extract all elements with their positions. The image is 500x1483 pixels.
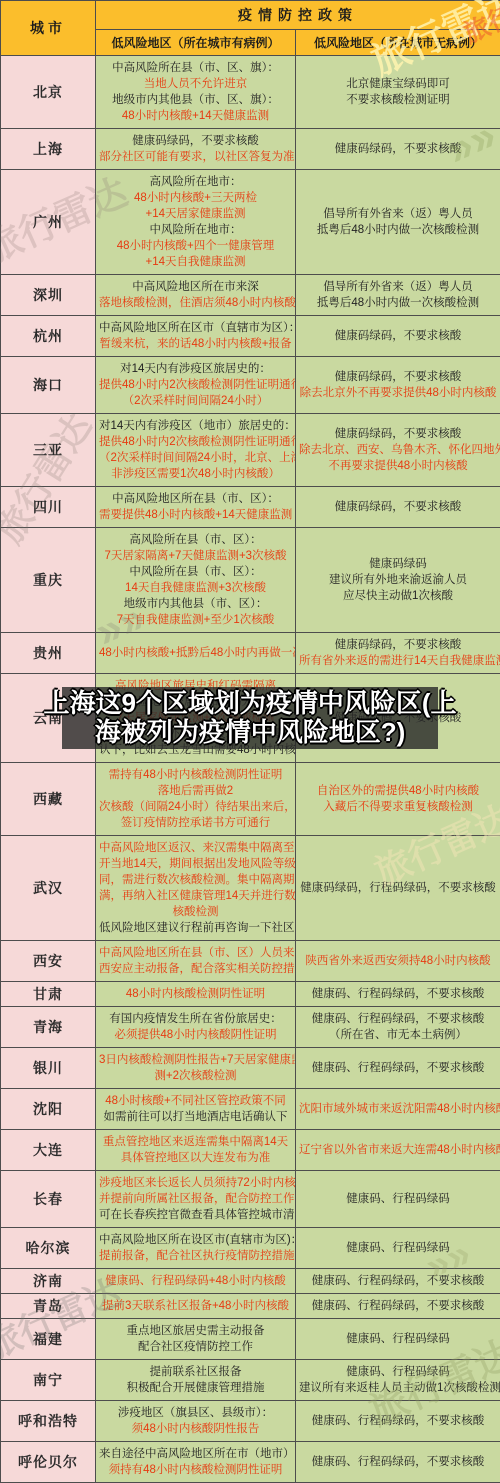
policy-line: 高风险所在县（市、区）： <box>99 532 292 548</box>
policy-line: 除去北京外不再要求提供48小时内核酸 <box>299 385 497 401</box>
policy-line: 提前联系社区报备 <box>99 1364 292 1380</box>
policy-with-cases-cell: 中高风险地区所在县（市、区）人员来返西安应主动报备，配合落实相关防控措施 <box>96 941 296 982</box>
policy-line: 落地后需再做2 <box>99 783 292 799</box>
city-name: 广州 <box>1 170 96 275</box>
policy-line: 中风险所在县（市、区）： <box>99 564 292 580</box>
policy-line: 配合社区疫情防控工作 <box>99 1339 292 1355</box>
policy-line: 48小时内核酸检测阴性证明 <box>99 986 292 1002</box>
caption-line-2: 海被列为疫情中风险地区?) <box>95 718 406 747</box>
policy-no-cases-cell: 健康码、行程码绿码，不要求核酸（所在省、市无本土病例） <box>296 1007 500 1048</box>
policy-with-cases-cell: 提前联系社区报备积极配合开展健康管理措施 <box>96 1360 296 1401</box>
policy-line: 健康码、行程码绿码，不要求核酸 <box>299 1273 497 1289</box>
header-sub-with-cases: 低风险地区（所在城市有病例） <box>96 30 296 56</box>
policy-line: 中高风险地区所在市来深 <box>99 279 292 295</box>
policy-line: 中高风险所在县（市、区、旗）： <box>99 60 292 76</box>
policy-with-cases-cell: 中高风险地区所在设区市(直辖市为区)：提前报备，配合社区执行疫情防控措施 <box>96 1228 296 1269</box>
policy-no-cases-cell: 健康码绿码，不要求核酸 <box>296 487 500 528</box>
policy-line: 来自途径中高风险地区所在市（地市） <box>99 1446 292 1462</box>
policy-line: 须48小时内核酸阴性报告 <box>99 1421 292 1437</box>
city-name: 大连 <box>1 1130 96 1171</box>
policy-line: 提前报备，配合社区执行疫情防控措施 <box>99 1248 292 1264</box>
city-name: 青海 <box>1 1007 96 1048</box>
header-sub-no-cases: 低风险地区（所在城市无病例） <box>296 30 500 56</box>
policy-line: 48小时核酸+不同社区管控政策不同 <box>99 1093 292 1109</box>
table-row: 呼和浩特涉疫地区（旗县区、县级市）：须48小时内核酸阴性报告健康码、行程码绿码，… <box>1 1401 500 1442</box>
policy-with-cases-cell: 有国内疫情发生所在省份旅居史：必须提供48小时内核酸阴性证明 <box>96 1007 296 1048</box>
policy-no-cases-cell: 健康码、行程码绿码建议所有来返桂人员主动做1次核酸检测 <box>296 1360 500 1401</box>
policy-no-cases-cell: 健康码、行程码绿码，不要求核酸 <box>296 1294 500 1319</box>
policy-line: 48小时内核酸+三天两检 <box>99 190 292 206</box>
city-name: 四川 <box>1 487 96 528</box>
table-row: 南宁提前联系社区报备积极配合开展健康管理措施健康码、行程码绿码建议所有来返桂人员… <box>1 1360 500 1401</box>
policy-no-cases-cell: 健康码、行程码绿码，不要求核酸 <box>296 982 500 1007</box>
policy-with-cases-cell: 对14天内有涉疫区旅居史的：提供48小时内2次核酸检测阴性证明通行（2次采样时间… <box>96 357 296 414</box>
policy-line: 对14天内有涉疫区（地市）旅居史的： <box>99 418 292 434</box>
policy-line: 健康码、行程码绿码，不要求核酸 <box>299 986 497 1002</box>
policy-with-cases-cell: 来自途径中高风险地区所在市（地市）须持有48小时内核酸检测阴性证明 <box>96 1442 296 1483</box>
table-row: 哈尔滨中高风险地区所在设区市(直辖市为区)：提前报备，配合社区执行疫情防控措施健… <box>1 1228 500 1269</box>
policy-line: 地级市内其他县（市、区、旗）： <box>99 92 292 108</box>
policy-line: （所在省、市无本土病例） <box>299 1027 497 1043</box>
table-row: 四川中高风险地区所在县（市、区）：需要提供48小时内核酸+14天健康监测健康码绿… <box>1 487 500 528</box>
city-name: 深圳 <box>1 275 96 316</box>
policy-line: 低风险地区建议行程前再咨询一下社区 <box>99 920 292 936</box>
table-row: 杭州中高风险地区所在区市（直辖市为区）：暂缓来杭，来的话48小时内核酸+报备健康… <box>1 316 500 357</box>
policy-no-cases-cell: 健康码、行程码绿码 <box>296 1171 500 1228</box>
policy-line: 具体管控地区以大连发布为准 <box>99 1150 292 1166</box>
table-row: 呼伦贝尔来自途径中高风险地区所在市（地市）须持有48小时内核酸检测阴性证明健康码… <box>1 1442 500 1483</box>
policy-line: （2次采样时间间隔24小时） <box>99 393 292 409</box>
city-name: 呼和浩特 <box>1 1401 96 1442</box>
policy-line: 核酸检测 <box>99 904 292 920</box>
policy-line: 地级市内其他县（市、区）： <box>99 596 292 612</box>
header-city: 城市 <box>1 1 96 56</box>
policy-line: 健康码绿码，不要求核酸 <box>299 499 497 515</box>
policy-line: 次核酸（间隔24小时）待结果出来后， <box>99 799 292 815</box>
policy-with-cases-cell: 48小时核酸+不同社区管控政策不同如需前往可以打当地酒店电话确认下 <box>96 1089 296 1130</box>
policy-with-cases-cell: 中高风险地区所在县（市、区）：需要提供48小时内核酸+14天健康监测 <box>96 487 296 528</box>
table-row: 贵州48小时内核酸+抵黔后48小时内再做一次健康码绿码，不要求核酸所有省外来返的… <box>1 633 500 674</box>
policy-line: 北京健康宝绿码即可 <box>299 76 497 92</box>
policy-line: 抵粤后48小时内做一次核酸检测 <box>299 222 497 238</box>
table-row: 三亚对14天内有涉疫区（地市）旅居史的：提供48小时内2次核酸检测阴性证明通行（… <box>1 414 500 487</box>
policy-line: 14天自我健康监测+3次核酸 <box>99 580 292 596</box>
policy-line: 7天居家隔离+7天健康监测+3次核酸 <box>99 548 292 564</box>
policy-no-cases-cell: 健康码绿码，不要求核酸 <box>296 129 500 170</box>
policy-line: 需持有48小时内核酸检测阴性证明 <box>99 767 292 783</box>
policy-line: （2次采样时间间隔24小时，北京、上海 <box>99 450 292 466</box>
policy-with-cases-cell: 中高风险所在县（市、区、旗）：当地人员不允许进京地级市内其他县（市、区、旗）：4… <box>96 56 296 129</box>
policy-no-cases-cell: 健康码绿码，不要求核酸所有省外来返的需进行14天自我健康监测 <box>296 633 500 674</box>
city-name: 哈尔滨 <box>1 1228 96 1269</box>
policy-line: 健康码、行程码绿码 <box>299 1191 497 1207</box>
policy-line: 健康码绿码，不要求核酸 <box>99 133 292 149</box>
city-name: 贵州 <box>1 633 96 674</box>
policy-no-cases-cell: 健康码绿码，不要求核酸 <box>296 316 500 357</box>
policy-line: 健康码绿码，不要求核酸 <box>299 328 497 344</box>
city-name: 沈阳 <box>1 1089 96 1130</box>
city-name: 长春 <box>1 1171 96 1228</box>
table-row: 广州高风险所在地市：48小时内核酸+三天两检+14天居家健康监测中风险所在地市：… <box>1 170 500 275</box>
policy-line: 同，需进行数次核酸检测。集中隔离期 <box>99 872 292 888</box>
policy-with-cases-cell: 涉疫地区来长返长人员须持72小时内核酸并提前向所属社区报备，配合防控工作可在长春… <box>96 1171 296 1228</box>
table-row: 西藏需持有48小时内核酸检测阴性证明落地后需再做2次核酸（间隔24小时）待结果出… <box>1 763 500 836</box>
table-header: 城市 疫情防控政策 低风险地区（所在城市有病例） 低风险地区（所在城市无病例） <box>1 1 500 56</box>
policy-line: 健康码绿码 <box>299 556 497 572</box>
city-name: 呼伦贝尔 <box>1 1442 96 1483</box>
policy-line: 积极配合开展健康管理措施 <box>99 1380 292 1396</box>
policy-line: 须持有48小时内核酸检测阴性证明 <box>99 1462 292 1478</box>
table-row: 青岛提前3天联系社区报备+48小时内核酸健康码、行程码绿码，不要求核酸 <box>1 1294 500 1319</box>
policy-with-cases-cell: 健康码绿码，不要求核酸部分社区可能有要求，以社区答复为准 <box>96 129 296 170</box>
policy-line: 入藏后不得要求重复核酸检测 <box>299 799 497 815</box>
policy-with-cases-cell: 3日内核酸检测阴性报告+7天居家健康监测+2次核酸检测 <box>96 1048 296 1089</box>
header-policy-title: 疫情防控政策 <box>96 1 500 30</box>
policy-line: 7天自我健康监测+至少1次核酸 <box>99 612 292 628</box>
policy-line: 中风险所在地市： <box>99 222 292 238</box>
policy-line: 除去北京、西安、乌鲁木齐、怀化四地外 <box>299 442 497 458</box>
policy-line: 当地人员不允许进京 <box>99 76 292 92</box>
policy-table-body: 北京中高风险所在县（市、区、旗）：当地人员不允许进京地级市内其他县（市、区、旗）… <box>1 56 500 1483</box>
caption-overlay: 上海这9个区域划为疫情中风险区(上 海被列为疫情中风险地区?) <box>62 687 438 749</box>
policy-no-cases-cell: 健康码绿码，不要求核酸除去北京外不再要求提供48小时内核酸 <box>296 357 500 414</box>
policy-line: 满，再纳入社区健康管理14天并进行数次 <box>99 888 292 904</box>
policy-line: 48小时内核酸+四个一健康管理 <box>99 238 292 254</box>
policy-line: 必须提供48小时内核酸阴性证明 <box>99 1027 292 1043</box>
policy-line: 应尽快主动做1次核酸 <box>299 588 497 604</box>
policy-with-cases-cell: 重点管控地区来返连需集中隔离14天具体管控地区以大连发布为准 <box>96 1130 296 1171</box>
policy-line: 健康码、行程码绿码 <box>299 1240 497 1256</box>
policy-line: 重点管控地区来返连需集中隔离14天 <box>99 1134 292 1150</box>
policy-line: 暂缓来杭，来的话48小时内核酸+报备 <box>99 336 292 352</box>
policy-line: 开当地14天，期间根据出发地风险等级不 <box>99 856 292 872</box>
policy-line: 重点地区旅居史需主动报备 <box>99 1323 292 1339</box>
policy-line: 健康码绿码，不要求核酸 <box>299 426 497 442</box>
policy-line: 提供48小时内2次核酸检测阴性证明通行 <box>99 434 292 450</box>
policy-line: 健康码、行程码绿码 <box>299 1364 497 1380</box>
policy-line: 健康码绿码，行程码绿码，不要求核酸 <box>299 880 497 896</box>
policy-line: 需要提供48小时内核酸+14天健康监测 <box>99 507 292 523</box>
policy-line: 健康码、行程码绿码，不要求核酸 <box>299 1413 497 1429</box>
policy-line: 如需前往可以打当地酒店电话确认下 <box>99 1109 292 1125</box>
policy-line: 辽宁省以外省市来返大连需48小时内核酸 <box>299 1142 497 1158</box>
policy-no-cases-cell: 沈阳市域外城市来返沈阳需48小时内核酸 <box>296 1089 500 1130</box>
city-name: 甘肃 <box>1 982 96 1007</box>
policy-with-cases-cell: 提前3天联系社区报备+48小时内核酸 <box>96 1294 296 1319</box>
policy-line: 签订疫情防控承诺书方可通行 <box>99 815 292 831</box>
policy-line: 中高风险地区所在区市（直辖市为区）： <box>99 320 292 336</box>
policy-no-cases-cell: 健康码、行程码绿码 <box>296 1228 500 1269</box>
policy-line: 健康码绿码，不要求核酸 <box>299 141 497 157</box>
city-name: 南宁 <box>1 1360 96 1401</box>
city-name: 海口 <box>1 357 96 414</box>
policy-line: 不要求核酸检测证明 <box>299 92 497 108</box>
policy-no-cases-cell: 倡导所有外省来（返）粤人员抵粤后48小时内做一次核酸检测 <box>296 275 500 316</box>
policy-line: 提供48小时内2次核酸检测阴性证明通行 <box>99 377 292 393</box>
policy-line: 涉疫地区来长返长人员须持72小时内核酸 <box>99 1175 292 1191</box>
table-row: 长春涉疫地区来长返长人员须持72小时内核酸并提前向所属社区报备，配合防控工作可在… <box>1 1171 500 1228</box>
table-row: 济南健康码、行程码绿码+48小时内核酸健康码、行程码绿码，不要求核酸 <box>1 1269 500 1294</box>
policy-line: 倡导所有外省来（返）粤人员 <box>299 206 497 222</box>
policy-line: 健康码、行程码绿码 <box>299 1331 497 1347</box>
policy-with-cases-cell: 对14天内有涉疫区（地市）旅居史的：提供48小时内2次核酸检测阴性证明通行（2次… <box>96 414 296 487</box>
policy-with-cases-cell: 48小时内核酸+抵黔后48小时内再做一次 <box>96 633 296 674</box>
table-row: 青海有国内疫情发生所在省份旅居史：必须提供48小时内核酸阴性证明健康码、行程码绿… <box>1 1007 500 1048</box>
policy-line: 中高风险地区所在县（市、区）： <box>99 491 292 507</box>
policy-with-cases-cell: 48小时内核酸检测阴性证明 <box>96 982 296 1007</box>
policy-line: 中高风险地区返汉、来汉需集中隔离至离 <box>99 840 292 856</box>
policy-no-cases-cell: 健康码绿码建议所有外地来渝返渝人员应尽快主动做1次核酸 <box>296 528 500 633</box>
policy-line: 48小时内核酸+抵黔后48小时内再做一次 <box>99 645 292 661</box>
city-name: 杭州 <box>1 316 96 357</box>
policy-no-cases-cell: 健康码绿码，行程码绿码，不要求核酸 <box>296 836 500 941</box>
policy-line: 建议所有外地来渝返渝人员 <box>299 572 497 588</box>
table-row: 西安中高风险地区所在县（市、区）人员来返西安应主动报备，配合落实相关防控措施陕西… <box>1 941 500 982</box>
policy-no-cases-cell: 健康码绿码，不要求核酸除去北京、西安、乌鲁木齐、怀化四地外不再要求提供48小时内… <box>296 414 500 487</box>
policy-line: 建议所有来返桂人员主动做1次核酸检测 <box>299 1380 497 1396</box>
policy-no-cases-cell: 健康码、行程码绿码，不要求核酸 <box>296 1401 500 1442</box>
city-name: 北京 <box>1 56 96 129</box>
table-row: 银川3日内核酸检测阴性报告+7天居家健康监测+2次核酸检测健康码、行程码绿码，不… <box>1 1048 500 1089</box>
policy-line: 中高风险地区所在设区市(直辖市为区)： <box>99 1232 292 1248</box>
policy-line: 不再要求提供48小时内核酸 <box>299 458 497 474</box>
policy-no-cases-cell: 健康码、行程码绿码，不要求核酸 <box>296 1442 500 1483</box>
policy-no-cases-cell: 陕西省外来返西安须持48小时内核酸 <box>296 941 500 982</box>
policy-line: 48小时内核酸+14天健康监测 <box>99 108 292 124</box>
policy-line: 并提前向所属社区报备，配合防控工作 <box>99 1191 292 1207</box>
policy-infographic: 城市 疫情防控政策 低风险地区（所在城市有病例） 低风险地区（所在城市无病例） … <box>0 0 500 1483</box>
policy-line: +14天居家健康监测 <box>99 206 292 222</box>
policy-no-cases-cell: 自治区外的需提供48小时内核酸入藏后不得要求重复核酸检测 <box>296 763 500 836</box>
policy-line: 高风险所在地市： <box>99 174 292 190</box>
policy-line: 倡导所有外省来（返）粤人员 <box>299 279 497 295</box>
policy-line: 对14天内有涉疫区旅居史的： <box>99 361 292 377</box>
policy-line: 涉疫地区（旗县区、县级市）： <box>99 1405 292 1421</box>
policy-line: 抵粤后48小时内做一次核酸检测 <box>299 295 497 311</box>
policy-line: 健康码、行程码绿码，不要求核酸 <box>299 1011 497 1027</box>
policy-line: 测+2次核酸检测 <box>99 1068 292 1084</box>
policy-line: 健康码、行程码绿码+48小时内核酸 <box>99 1273 292 1289</box>
policy-line: 自治区外的需提供48小时内核酸 <box>299 783 497 799</box>
policy-with-cases-cell: 中高风险地区返汉、来汉需集中隔离至离开当地14天，期间根据出发地风险等级不同，需… <box>96 836 296 941</box>
policy-with-cases-cell: 中高风险地区所在市来深落地核酸检测，住酒店须48小时内核酸 <box>96 275 296 316</box>
policy-with-cases-cell: 需持有48小时内核酸检测阴性证明落地后需再做2次核酸（间隔24小时）待结果出来后… <box>96 763 296 836</box>
table-row: 福建重点地区旅居史需主动报备配合社区疫情防控工作健康码、行程码绿码 <box>1 1319 500 1360</box>
policy-line: 健康码、行程码绿码，不要求核酸 <box>299 1298 497 1314</box>
policy-no-cases-cell: 倡导所有外省来（返）粤人员抵粤后48小时内做一次核酸检测 <box>296 170 500 275</box>
policy-line: 3日内核酸检测阴性报告+7天居家健康监 <box>99 1052 292 1068</box>
policy-line: 健康码、行程码绿码，不要求核酸 <box>299 1060 497 1076</box>
policy-no-cases-cell: 健康码、行程码绿码 <box>296 1319 500 1360</box>
policy-line: 健康码绿码，不要求核酸 <box>299 369 497 385</box>
city-name: 重庆 <box>1 528 96 633</box>
policy-line: +14天自我健康监测 <box>99 254 292 270</box>
table-row: 上海健康码绿码，不要求核酸部分社区可能有要求，以社区答复为准健康码绿码，不要求核… <box>1 129 500 170</box>
table-row: 海口对14天内有涉疫区旅居史的：提供48小时内2次核酸检测阴性证明通行（2次采样… <box>1 357 500 414</box>
policy-no-cases-cell: 健康码、行程码绿码，不要求核酸 <box>296 1048 500 1089</box>
policy-line: 健康码、行程码绿码，不要求核酸 <box>299 1454 497 1470</box>
policy-line: 陕西省外来返西安须持48小时内核酸 <box>299 953 497 969</box>
policy-line: 可在长春疾控官微查看具体管控城市清单 <box>99 1207 292 1223</box>
table-row: 大连重点管控地区来返连需集中隔离14天具体管控地区以大连发布为准辽宁省以外省市来… <box>1 1130 500 1171</box>
city-name: 武汉 <box>1 836 96 941</box>
policy-line: 西安应主动报备，配合落实相关防控措施 <box>99 961 292 977</box>
policy-line: 有国内疫情发生所在省份旅居史： <box>99 1011 292 1027</box>
caption-line-1: 上海这9个区域划为疫情中风险区(上 <box>43 689 456 718</box>
policy-with-cases-cell: 涉疫地区（旗县区、县级市）：须48小时内核酸阴性报告 <box>96 1401 296 1442</box>
policy-line: 中高风险地区所在县（市、区）人员来返 <box>99 945 292 961</box>
policy-line: 落地核酸检测，住酒店须48小时内核酸 <box>99 295 292 311</box>
table-row: 武汉中高风险地区返汉、来汉需集中隔离至离开当地14天，期间根据出发地风险等级不同… <box>1 836 500 941</box>
table-row: 重庆高风险所在县（市、区）：7天居家隔离+7天健康监测+3次核酸中风险所在县（市… <box>1 528 500 633</box>
table-row: 深圳中高风险地区所在市来深落地核酸检测，住酒店须48小时内核酸倡导所有外省来（返… <box>1 275 500 316</box>
city-name: 三亚 <box>1 414 96 487</box>
policy-line: 部分社区可能有要求，以社区答复为准 <box>99 149 292 165</box>
policy-line: 所有省外来返的需进行14天自我健康监测 <box>299 653 497 669</box>
policy-with-cases-cell: 高风险所在县（市、区）：7天居家隔离+7天健康监测+3次核酸中风险所在县（市、区… <box>96 528 296 633</box>
policy-with-cases-cell: 重点地区旅居史需主动报备配合社区疫情防控工作 <box>96 1319 296 1360</box>
city-name: 济南 <box>1 1269 96 1294</box>
city-name: 上海 <box>1 129 96 170</box>
policy-no-cases-cell: 辽宁省以外省市来返大连需48小时内核酸 <box>296 1130 500 1171</box>
policy-line: 健康码绿码，不要求核酸 <box>299 637 497 653</box>
policy-line: 提前3天联系社区报备+48小时内核酸 <box>99 1298 292 1314</box>
policy-no-cases-cell: 北京健康宝绿码即可不要求核酸检测证明 <box>296 56 500 129</box>
policy-with-cases-cell: 健康码、行程码绿码+48小时内核酸 <box>96 1269 296 1294</box>
policy-line: 沈阳市域外城市来返沈阳需48小时内核酸 <box>299 1101 497 1117</box>
table-row: 北京中高风险所在县（市、区、旗）：当地人员不允许进京地级市内其他县（市、区、旗）… <box>1 56 500 129</box>
policy-with-cases-cell: 高风险所在地市：48小时内核酸+三天两检+14天居家健康监测中风险所在地市：48… <box>96 170 296 275</box>
city-name: 青岛 <box>1 1294 96 1319</box>
policy-with-cases-cell: 中高风险地区所在区市（直辖市为区）：暂缓来杭，来的话48小时内核酸+报备 <box>96 316 296 357</box>
city-name: 西安 <box>1 941 96 982</box>
policy-no-cases-cell: 健康码、行程码绿码，不要求核酸 <box>296 1269 500 1294</box>
table-row: 沈阳48小时核酸+不同社区管控政策不同如需前往可以打当地酒店电话确认下沈阳市域外… <box>1 1089 500 1130</box>
city-name: 银川 <box>1 1048 96 1089</box>
city-name: 西藏 <box>1 763 96 836</box>
policy-line: 非涉疫区需要1次48小时内核酸） <box>99 466 292 482</box>
table-row: 甘肃48小时内核酸检测阴性证明健康码、行程码绿码，不要求核酸 <box>1 982 500 1007</box>
city-name: 福建 <box>1 1319 96 1360</box>
